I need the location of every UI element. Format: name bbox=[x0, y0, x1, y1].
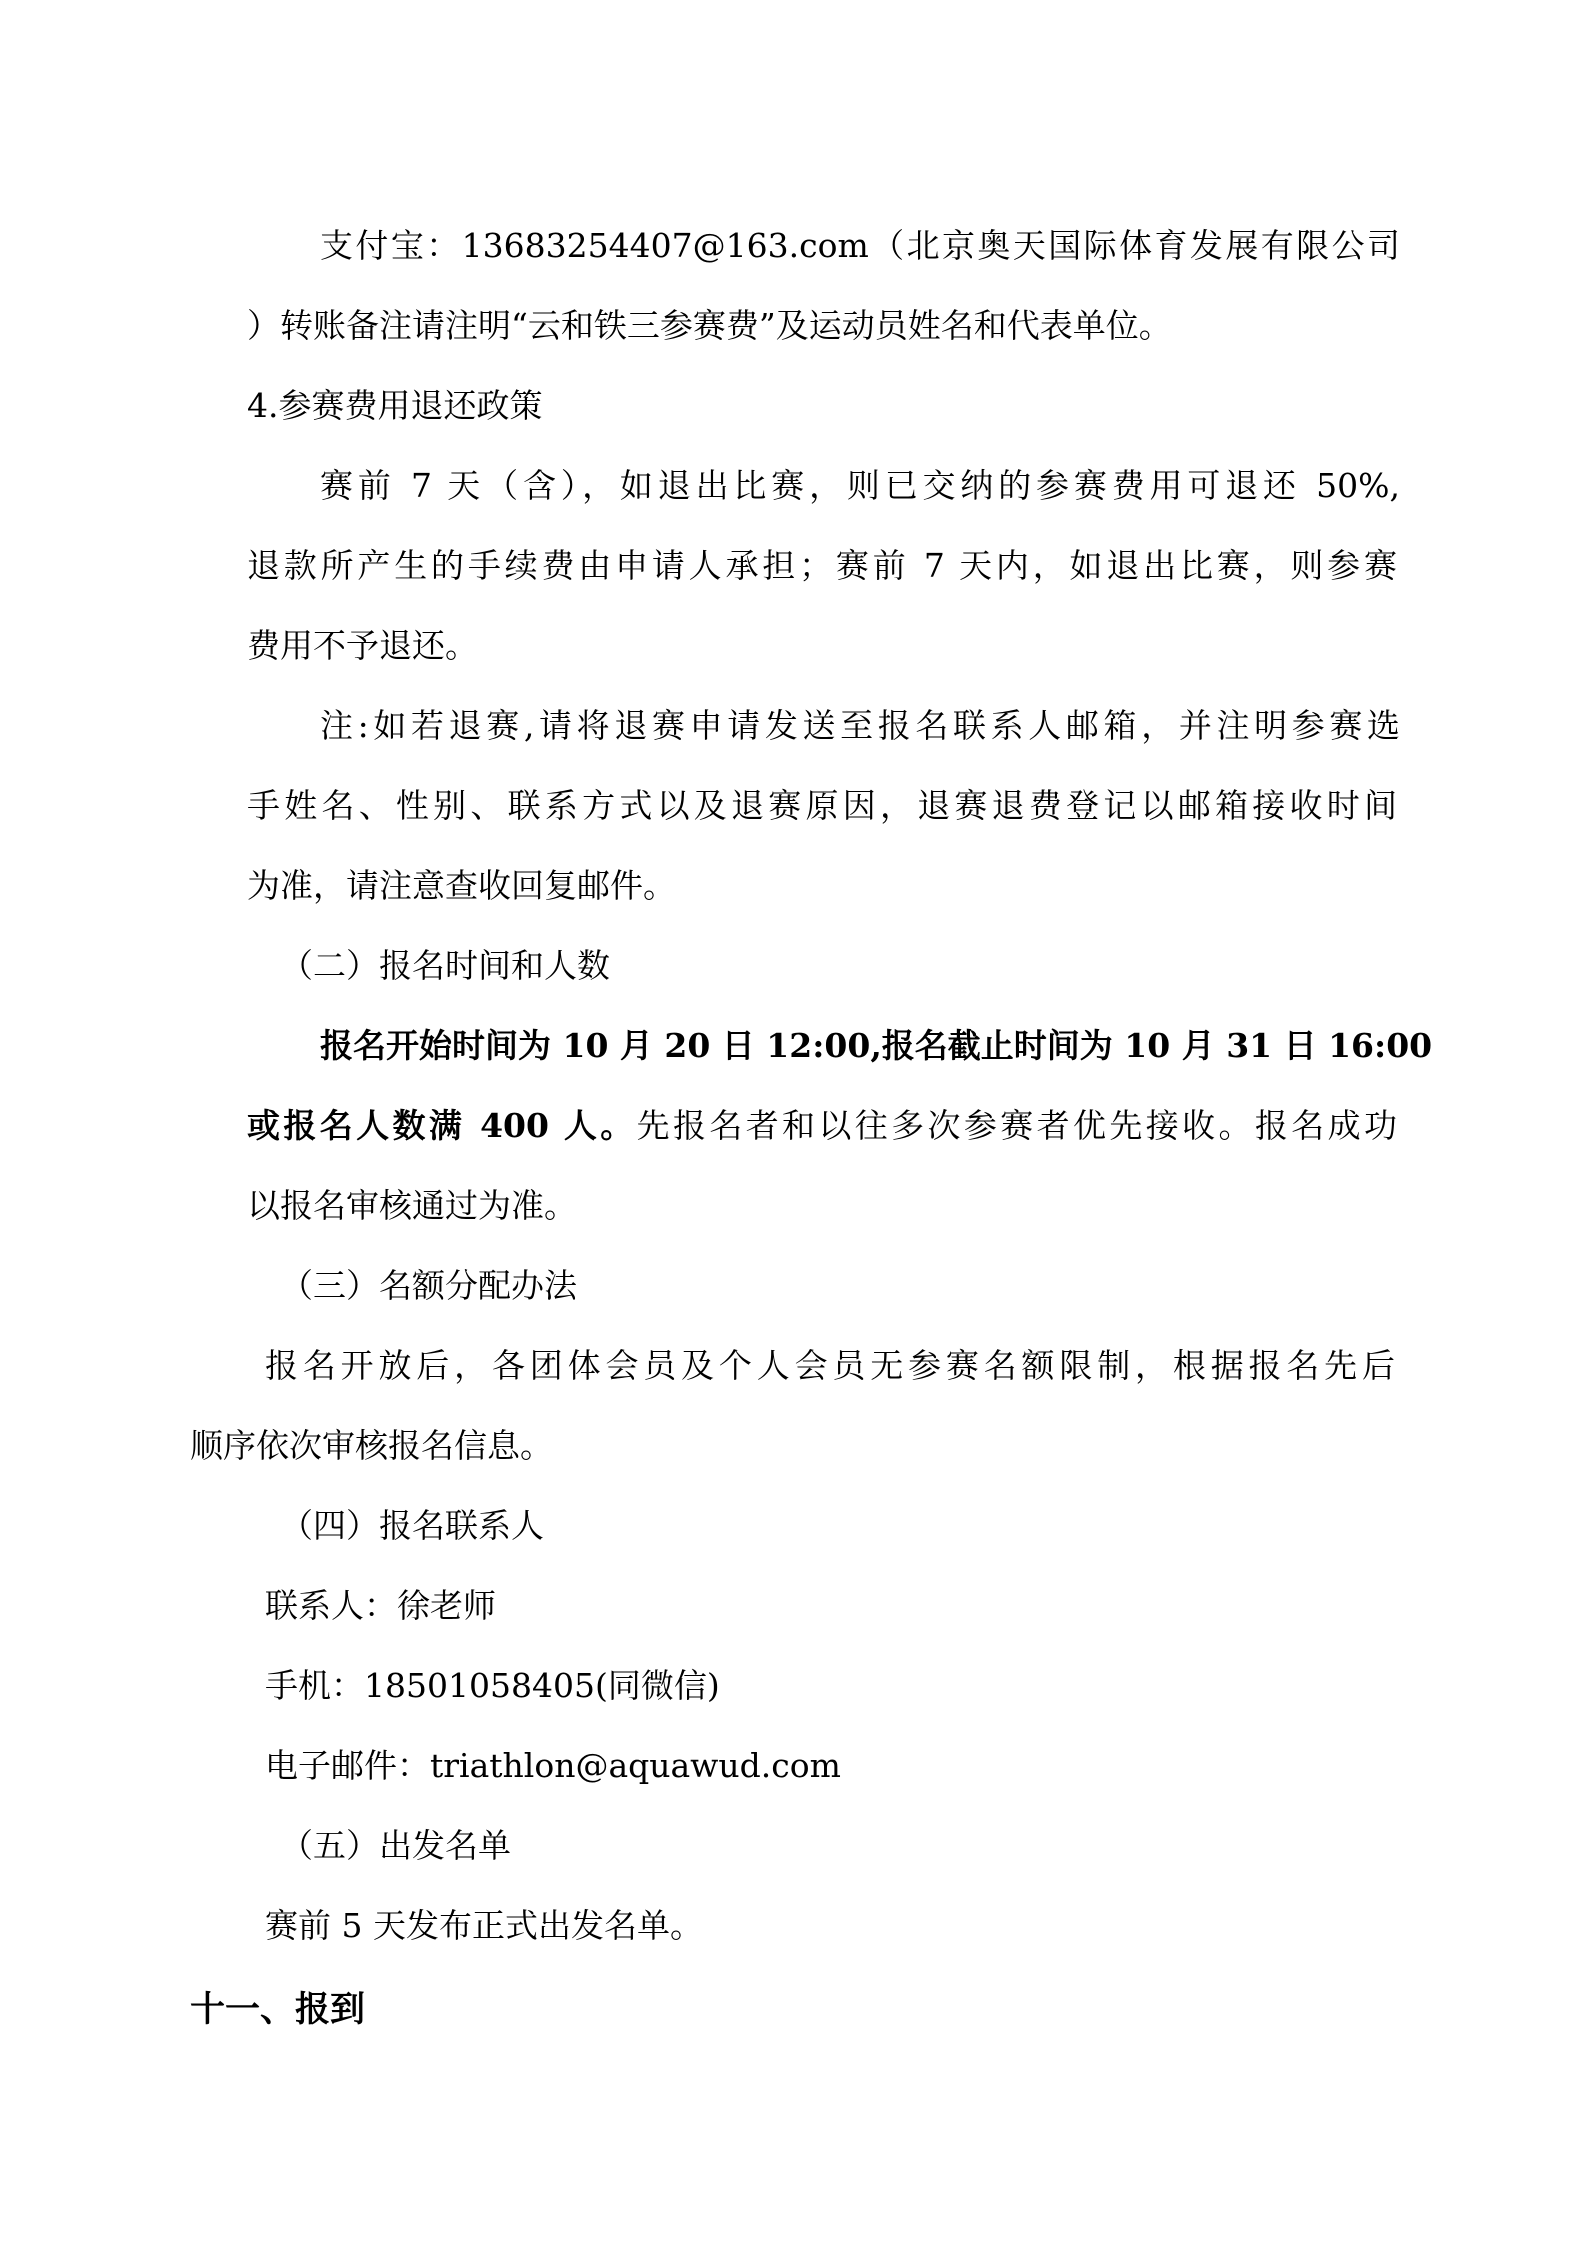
section-5-title: （五）出发名单 bbox=[280, 1826, 511, 1866]
quota-line-1: 报名开放后，各团体会员及个人会员无参赛名额限制，根据报名先后 bbox=[265, 1346, 1395, 1386]
refund-note-line-1: 注:如若退赛,请将退赛申请发送至报名联系人邮箱，并注明参赛选 bbox=[320, 706, 1400, 746]
registration-time-line-3: 以报名审核通过为准。 bbox=[247, 1186, 577, 1226]
payment-alipay-line: 支付宝：13683254407@163.com（北京奥天国际体育发展有限公司 bbox=[320, 226, 1400, 266]
payment-remark-line: ）转账备注请注明“云和铁三参赛费”及运动员姓名和代表单位。 bbox=[247, 306, 1172, 346]
contact-email: 电子邮件：triathlon@aquawud.com bbox=[265, 1746, 841, 1786]
refund-policy-line-2: 退款所产生的手续费由申请人承担；赛前 7 天内，如退出比赛，则参赛 bbox=[247, 546, 1397, 586]
section-2-title: （二）报名时间和人数 bbox=[280, 946, 610, 986]
section-4-title: （四）报名联系人 bbox=[280, 1506, 544, 1546]
start-list-text: 赛前 5 天发布正式出发名单。 bbox=[265, 1906, 703, 1946]
contact-person: 联系人：徐老师 bbox=[265, 1586, 496, 1626]
refund-policy-title: 4.参赛费用退还政策 bbox=[247, 386, 543, 426]
refund-note-line-3: 为准，请注意查收回复邮件。 bbox=[247, 866, 676, 906]
section-3-title: （三）名额分配办法 bbox=[280, 1266, 577, 1306]
chapter-11-heading: 十一、报到 bbox=[190, 1990, 365, 2030]
registration-time-line-2: 或报名人数满 400 人。先报名者和以往多次参赛者优先接收。报名成功 bbox=[247, 1106, 1397, 1146]
quota-line-2: 顺序依次审核报名信息。 bbox=[190, 1426, 553, 1466]
refund-policy-line-3: 费用不予退还。 bbox=[247, 626, 478, 666]
registration-priority-text: 先报名者和以往多次参赛者优先接收。报名成功 bbox=[637, 1106, 1397, 1145]
refund-policy-line-1: 赛前 7 天（含），如退出比赛，则已交纳的参赛费用可退还 50%, bbox=[320, 466, 1400, 506]
contact-phone: 手机：18501058405(同微信) bbox=[265, 1666, 720, 1706]
refund-note-line-2: 手姓名、性别、联系方式以及退赛原因，退赛退费登记以邮箱接收时间 bbox=[247, 786, 1397, 826]
registration-time-line-1: 报名开始时间为 10 月 20 日 12:00,报名截止时间为 10 月 31 … bbox=[320, 1026, 1400, 1066]
registration-limit-bold: 或报名人数满 400 人。 bbox=[247, 1106, 637, 1145]
